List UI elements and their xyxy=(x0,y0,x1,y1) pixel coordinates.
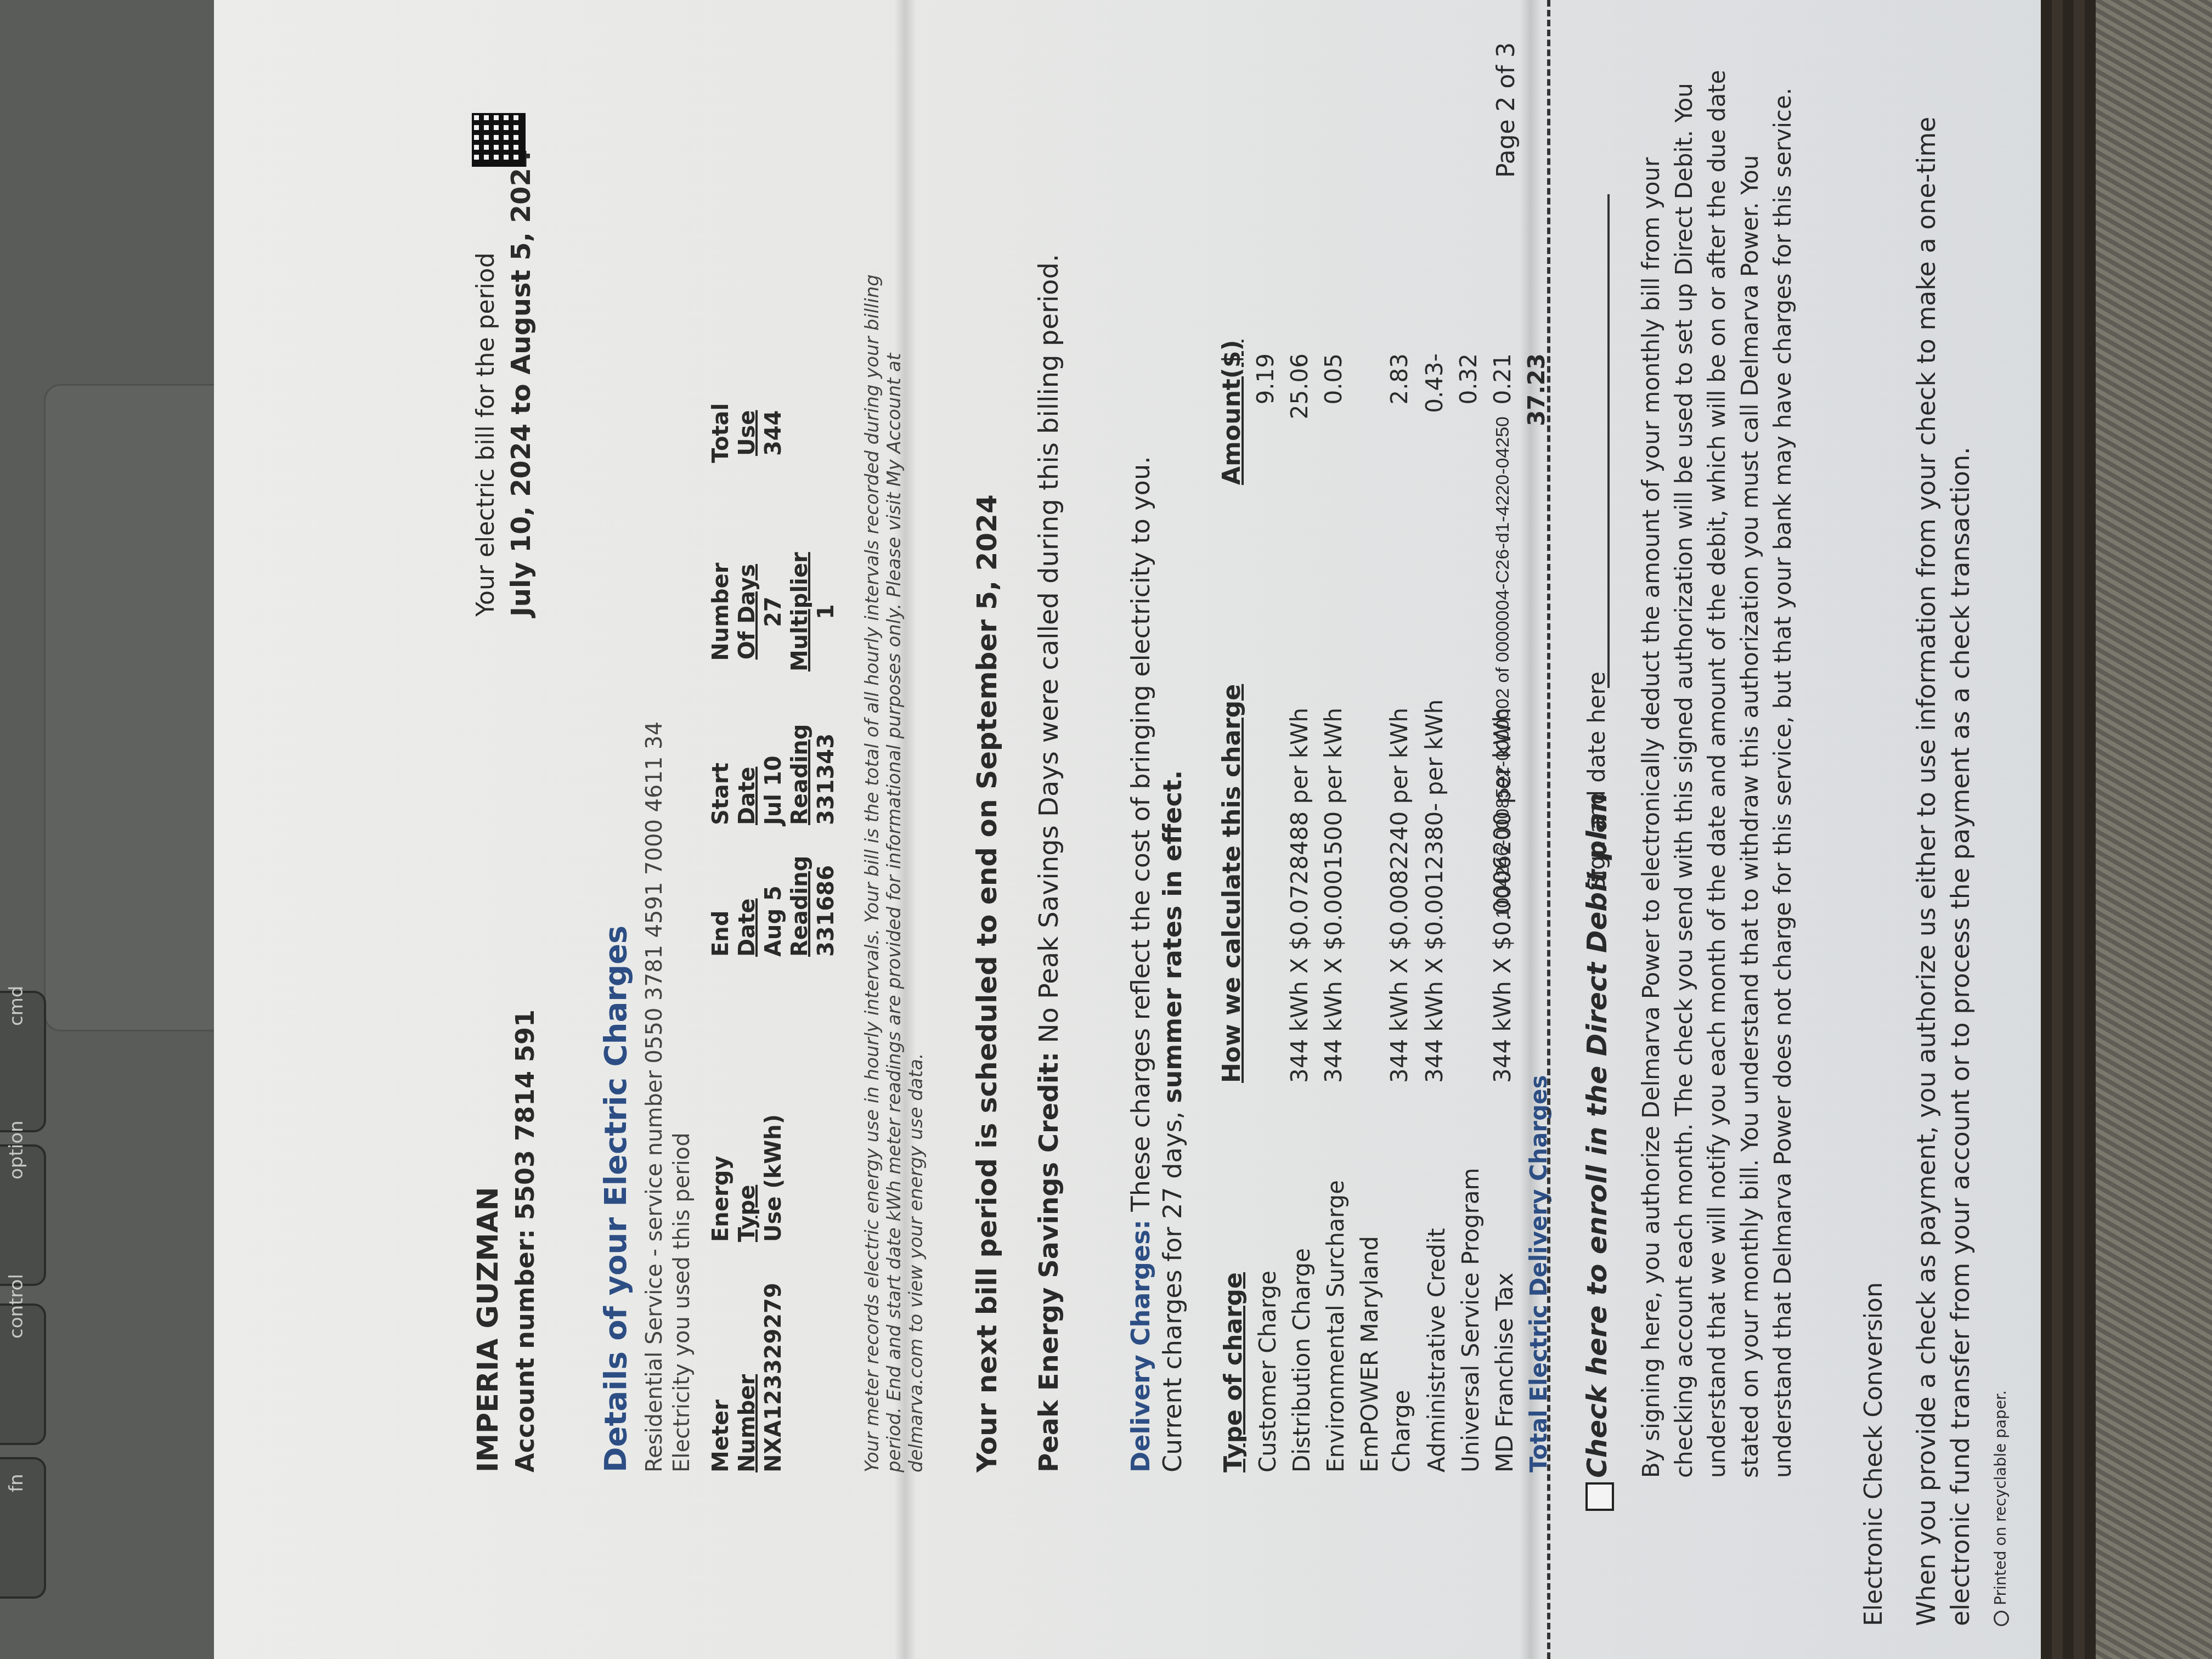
table-row: Distribution Charge 344 kWh X $0.0728488… xyxy=(1286,266,1320,1472)
table-row: EmPOWER Maryland Charge 344 kWh X $0.008… xyxy=(1354,266,1421,1472)
key-cmd: cmd xyxy=(0,993,44,1130)
table-row: Administrative Credit 344 kWh X $0.00123… xyxy=(1421,266,1455,1472)
direct-debit-terms: By signing here, you authorize Delmarva … xyxy=(1635,52,1799,1478)
summer-rates: summer rates in effect. xyxy=(1158,770,1187,1103)
ecc-text: When you provide a check as payment, you… xyxy=(1909,35,1977,1626)
bill-page: IMPERIA GUZMAN Account number: 5503 7814… xyxy=(214,0,2041,1659)
delivery-label: Delivery Charges: xyxy=(1126,1220,1155,1472)
sign-date-label: Sign and date here xyxy=(1583,672,1610,891)
page-number: Page 2 of 3 xyxy=(1492,42,1520,178)
start-date: Jul 10 xyxy=(760,724,787,825)
next-bill-period: Your next bill period is scheduled to en… xyxy=(971,494,1003,1472)
peak-savings-text: No Peak Savings Days were called during … xyxy=(1034,254,1064,1043)
number-of-days: 27 xyxy=(760,552,787,672)
meter-note: Your meter records electric energy use i… xyxy=(861,266,927,1472)
energy-type-col: Energy Type Use (kWh) xyxy=(708,1114,787,1242)
end-date-col: End Date Aug 5 Reading 331686 xyxy=(708,856,839,957)
bill-period-value: July 10, 2024 to August 5, 2024 xyxy=(506,150,537,617)
start-date-col: Start Date Jul 10 Reading 331343 xyxy=(708,724,839,825)
delivery-intro: Delivery Charges: These charges reflect … xyxy=(1125,156,1188,1472)
perforation-line xyxy=(1547,0,1550,1659)
table-header: Type of charge How we calculate this cha… xyxy=(1218,266,1252,1472)
table-row: Customer Charge 9.19 xyxy=(1252,266,1286,1472)
signature-field[interactable] xyxy=(1607,194,1610,688)
multiplier: 1 xyxy=(813,552,839,672)
direct-debit-label: Check here to enroll in the Direct Debit… xyxy=(1581,793,1613,1478)
total-use: 344 xyxy=(760,403,787,463)
rug xyxy=(2096,0,2212,1659)
end-reading: 331686 xyxy=(813,856,839,957)
key-fn: fn xyxy=(0,1459,44,1596)
meter-number: NXA123329279 xyxy=(760,1283,787,1472)
peak-savings: Peak Energy Savings Credit: No Peak Savi… xyxy=(1031,156,1066,1472)
paper: IMPERIA GUZMAN Account number: 5503 7814… xyxy=(214,0,2041,1659)
key-option: option xyxy=(0,1147,44,1284)
total-row: Total Electric Delivery Charges 37.23 xyxy=(1523,266,1557,1472)
ecc-title: Electronic Check Conversion xyxy=(1860,1282,1888,1626)
usage-line: Electricity you used this period xyxy=(669,1132,695,1472)
table-row: Universal Service Program 0.32 xyxy=(1455,266,1489,1472)
recycle-icon xyxy=(1994,1611,2009,1626)
recycle-note: Printed on recyclable paper. xyxy=(1991,1390,2010,1626)
keyboard-keys: cmd option control fn xyxy=(0,1075,49,1657)
delivery-days: Current charges for 27 days, xyxy=(1158,1111,1187,1472)
total-use-col: Total Use 344 xyxy=(708,403,787,463)
meter-number-col: Meter Number NXA123329279 xyxy=(708,1283,787,1472)
service-line: Residential Service - service number 055… xyxy=(642,721,667,1472)
details-title: Details of your Electric Charges xyxy=(598,926,634,1472)
bill-period-label: Your electric bill for the period xyxy=(472,252,500,617)
account-number: Account number: 5503 7814 591 xyxy=(510,1009,540,1472)
end-date: Aug 5 xyxy=(760,856,787,957)
datamatrix-barcode-icon xyxy=(472,113,526,167)
peak-savings-label: Peak Energy Savings Credit: xyxy=(1034,1052,1064,1472)
table-row: Environmental Surcharge 344 kWh X $0.000… xyxy=(1320,266,1354,1472)
start-reading: 331343 xyxy=(813,724,839,825)
direct-debit-checkbox[interactable] xyxy=(1585,1482,1614,1511)
key-control: control xyxy=(0,1306,44,1443)
customer-name: IMPERIA GUZMAN xyxy=(472,1187,505,1472)
delivery-text: These charges reflect the cost of bringi… xyxy=(1126,456,1155,1211)
days-col: Number Of Days 27 Multiplier 1 xyxy=(708,552,839,672)
document-code: 1004246-0008592-0000002 of 0000004-C26-d… xyxy=(1492,416,1514,918)
energy-type: Use (kWh) xyxy=(760,1114,787,1242)
